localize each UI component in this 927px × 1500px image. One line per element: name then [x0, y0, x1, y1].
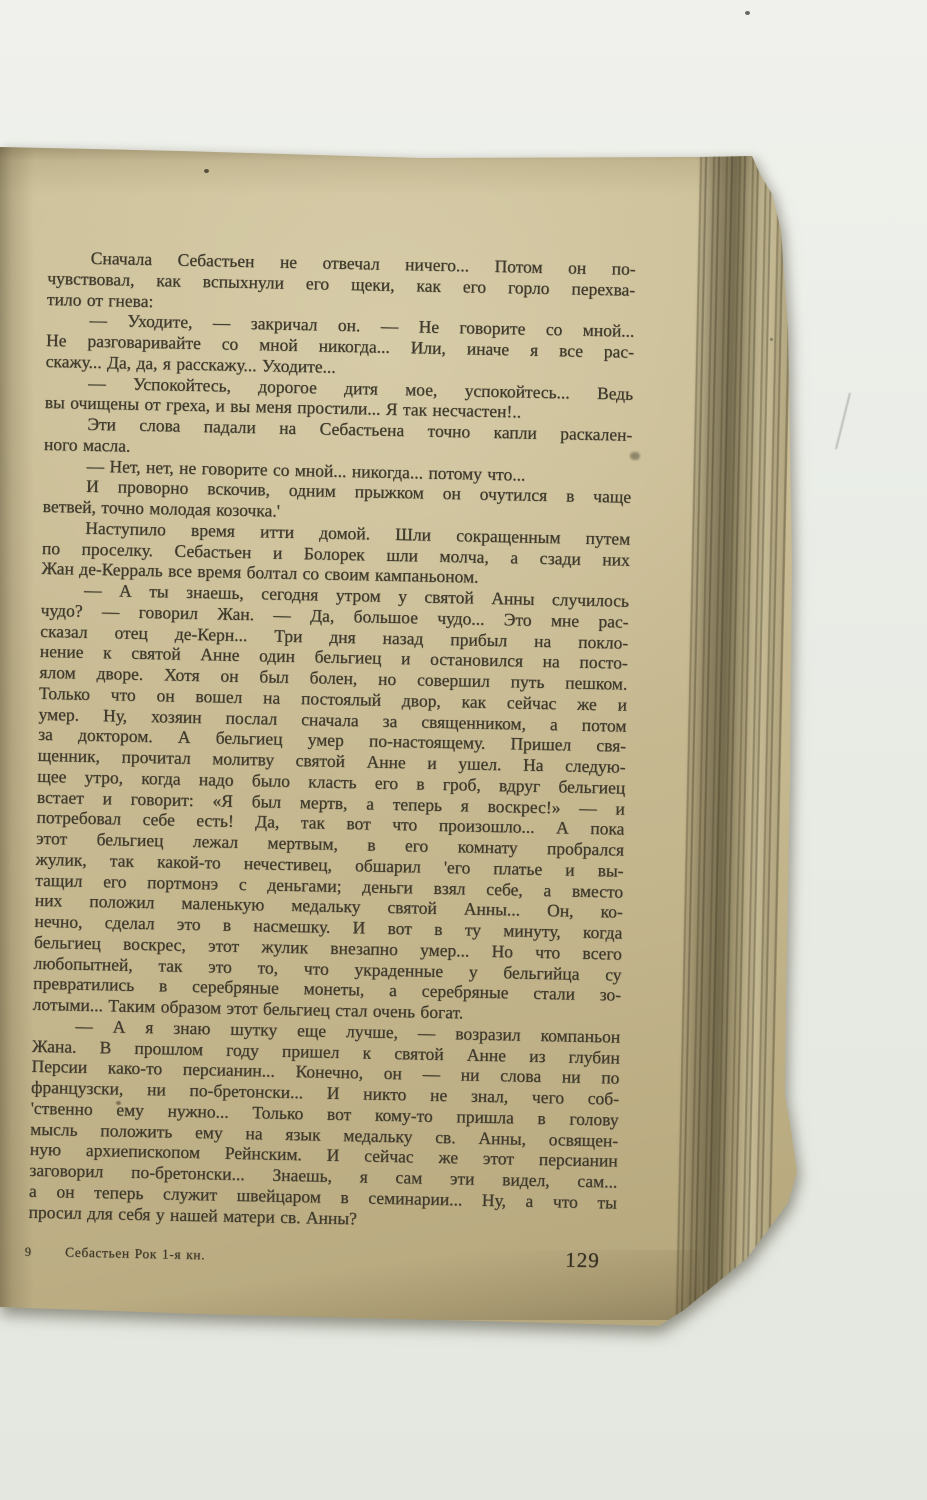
paragraph: Сначала Себастьен не отвечал ничего... П…	[47, 247, 636, 321]
photo-background: Сначала Себастьен не отвечал ничего... П…	[0, 0, 927, 1500]
paragraph: — А я знаю шутку еще лучше, — возразил к…	[28, 1015, 620, 1234]
paragraph: — Уходите, — закричал он. — Не говорите …	[46, 309, 635, 383]
paragraph: — А ты знаешь, сегодня утром у святой Ан…	[33, 579, 630, 1026]
page-top-crease	[0, 147, 927, 205]
book-page: Сначала Себастьен не отвечал ничего... П…	[0, 0, 927, 1500]
text-column: Сначала Себастьен не отвечал ничего... П…	[28, 247, 636, 1275]
running-title: Себастьен Рок 1-я кн.	[65, 1243, 205, 1267]
gutter-shadow	[0, 140, 34, 1320]
book-page-wrapper: Сначала Себастьен не отвечал ничего... П…	[0, 0, 927, 1500]
fore-edge-page-stack	[673, 139, 794, 1341]
page-number: 129	[565, 1250, 600, 1271]
signature-mark: 9	[25, 1242, 32, 1263]
paragraph: Наступило время итти домой. Шли сокращен…	[41, 517, 630, 591]
